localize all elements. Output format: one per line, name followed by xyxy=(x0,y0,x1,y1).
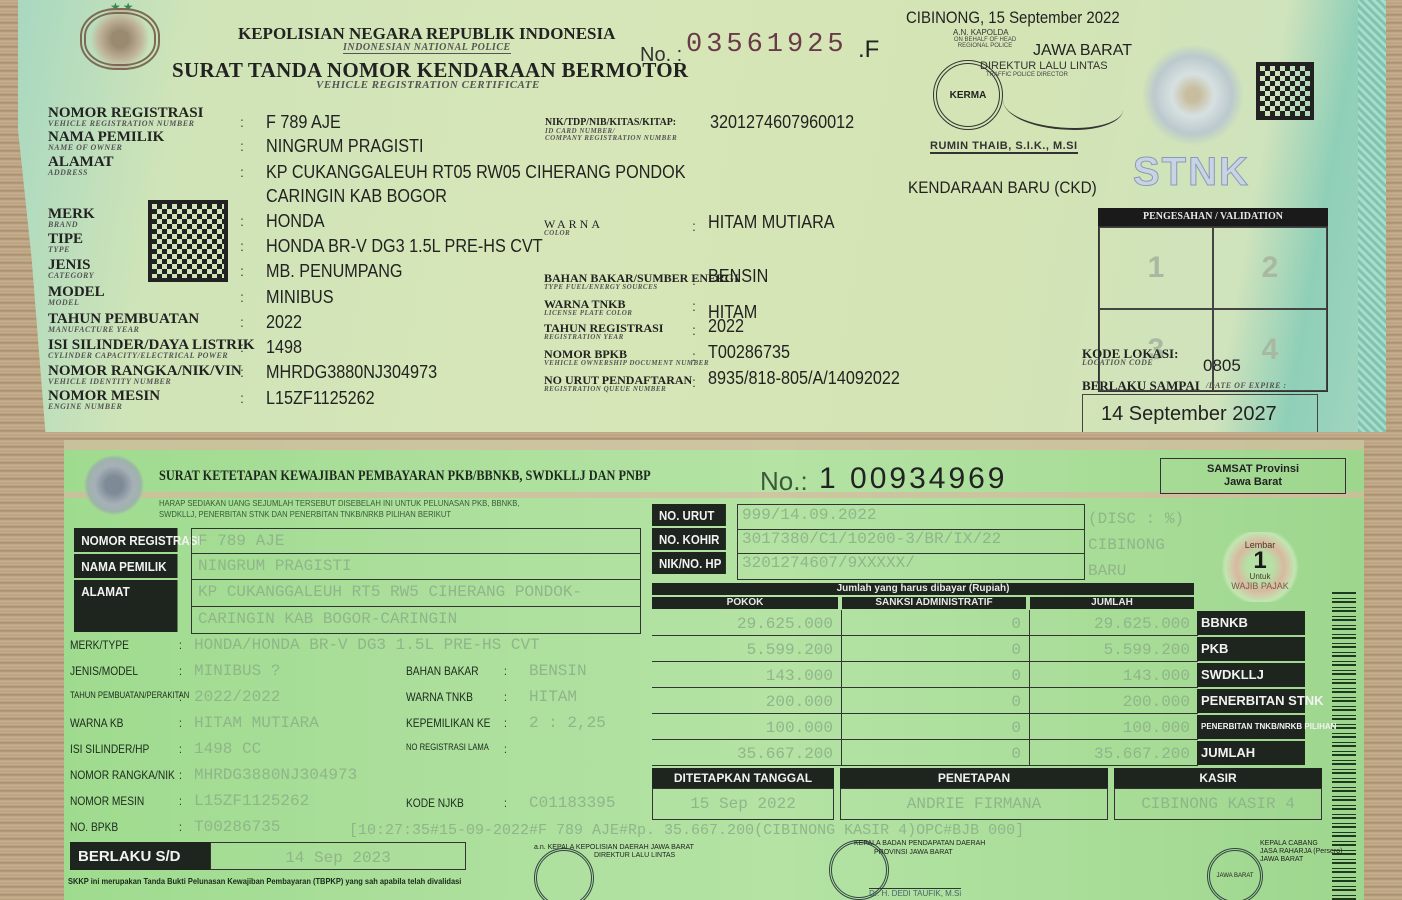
police-stamp-icon xyxy=(534,848,594,900)
colon: : xyxy=(692,218,696,234)
field-label: WARNA COLOR xyxy=(544,218,603,237)
admin-label: NIK/NO. HP xyxy=(652,552,726,574)
payment-row: 35.667.200 0 35.667.200 xyxy=(652,740,1198,766)
field-label-text: ALAMAT xyxy=(48,155,114,169)
police-emblem-icon xyxy=(80,8,160,70)
vehicle-label: KEPEMILIKAN KE xyxy=(406,716,490,730)
vehicle-label: NOMOR RANGKA/NIK xyxy=(70,768,175,782)
admin-label: NO. URUT xyxy=(652,504,726,526)
colon: : xyxy=(504,742,507,756)
sign1-title: a.n. KEPALA KEPOLISIAN DAERAH JAWA BARAT xyxy=(534,844,694,851)
field-label-en: TYPE xyxy=(48,246,83,254)
field-value: KP CUKANGGALEUH RT05 RW05 CIHERANG PONDO… xyxy=(266,162,686,183)
payment-item-label: PENERBITAN STNK xyxy=(1197,689,1305,713)
colon: : xyxy=(179,820,182,834)
vehicle-value: T00286735 xyxy=(194,818,280,836)
colon: : xyxy=(692,348,696,364)
jumlah-value: 100.000 xyxy=(1030,714,1198,740)
jumlah-value: 29.625.000 xyxy=(1030,610,1198,636)
field-value: F 789 AJE xyxy=(266,112,341,133)
payment-header: Jumlah yang harus dibayar (Rupiah) xyxy=(652,583,1194,595)
field-label: JENIS CATEGORY xyxy=(48,258,94,280)
vehicle-value: HITAM xyxy=(529,688,577,706)
owner-reg-label: NOMOR REGISTRASI xyxy=(74,528,178,552)
signature-icon xyxy=(1003,80,1123,130)
payment-row: 143.000 0 143.000 xyxy=(652,662,1198,688)
field-value: MHRDG3880NJ304973 xyxy=(266,362,437,383)
berlaku-value: 14 Sep 2023 xyxy=(211,849,465,867)
vehicle-value: BENSIN xyxy=(529,662,587,680)
nik-label-en2: COMPANY REGISTRATION NUMBER xyxy=(545,135,691,142)
expiry-label-en: /DATE OF EXPIRE : xyxy=(1206,382,1287,390)
vehicle-label: NO. BPKB xyxy=(70,820,118,834)
location-code-label-en: LOCATION CODE xyxy=(1082,359,1153,367)
field-label: NOMOR REGISTRASI VEHICLE REGISTRATION NU… xyxy=(48,106,203,128)
hologram-icon xyxy=(1143,45,1243,145)
place-date: CIBINONG, 15 September 2022 xyxy=(906,8,1120,28)
col-pokok: POKOK xyxy=(652,597,838,609)
doc-number: 03561925 xyxy=(686,30,848,60)
owner-name-value: NINGRUM PRAGISTI xyxy=(198,557,352,575)
qr-code-icon xyxy=(1256,62,1314,120)
owner-fields-box: F 789 AJE NINGRUM PRAGISTI KP CUKANGGALE… xyxy=(191,528,641,634)
vehicle-label: JENIS/MODEL xyxy=(70,664,138,678)
field-label: TIPE TYPE xyxy=(48,232,83,254)
payment-item-label: JUMLAH xyxy=(1197,741,1305,765)
ditetapkan-value: 15 Sep 2022 xyxy=(653,795,833,813)
doc-number-label: No. : xyxy=(640,44,682,67)
colon: : xyxy=(179,638,182,652)
field-value: HONDA xyxy=(266,211,325,232)
vehicle-value: 2022/2022 xyxy=(194,688,280,706)
jumlah-value: 143.000 xyxy=(1030,662,1198,688)
kapolda-label: A.N. KAPOLDA xyxy=(953,28,1009,37)
colon: : xyxy=(240,263,244,279)
pokok-value: 143.000 xyxy=(652,662,842,688)
field-label-en: NAME OF OWNER xyxy=(48,144,164,152)
vehicle-value: HONDA/HONDA BR-V DG3 1.5L PRE-HS CVT xyxy=(194,636,540,654)
vehicle-label: NO REGISTRASI LAMA xyxy=(406,742,489,752)
owner-address-label: ALAMAT xyxy=(74,580,178,632)
colon: : xyxy=(692,272,696,288)
field-value: MB. PENUMPANG xyxy=(266,261,403,282)
security-stripe xyxy=(1358,0,1402,432)
colon: : xyxy=(179,664,182,678)
field-value: HONDA BR-V DG3 1.5L PRE-HS CVT xyxy=(266,236,543,257)
colon: : xyxy=(504,690,507,704)
expiry-date: 14 September 2027 xyxy=(1082,394,1318,434)
colon: : xyxy=(240,390,244,406)
field-label-en: COLOR xyxy=(544,230,603,237)
owner-reg-value: F 789 AJE xyxy=(198,532,284,550)
field-label: ISI SILINDER/DAYA LISTRIK CYLINDER CAPAC… xyxy=(48,338,254,360)
col-sanksi: SANKSI ADMINISTRATIF xyxy=(842,597,1026,609)
payment-item-label: BBNKB xyxy=(1197,611,1305,635)
field-label: WARNA TNKB LICENSE PLATE COLOR xyxy=(544,298,632,317)
pokok-value: 29.625.000 xyxy=(652,610,842,636)
field-label-text: JENIS xyxy=(48,258,94,272)
field-value: 2022 xyxy=(708,316,744,337)
col-jumlah: JUMLAH xyxy=(1030,597,1194,609)
sanksi-value: 0 xyxy=(842,714,1030,740)
field-label-en: VEHICLE OWNERSHIP DOCUMENT NUMBER xyxy=(544,360,709,367)
payment-item-label: SWDKLLJ xyxy=(1197,663,1305,687)
skkp-form: SURAT KETETAPAN KEWAJIBAN PEMBAYARAN PKB… xyxy=(64,440,1364,900)
vehicle-value: 1498 CC xyxy=(194,740,261,758)
kasir-label: KASIR xyxy=(1114,768,1322,788)
validation-cell-1: 1 xyxy=(1099,227,1213,309)
signatory-name: RUMIN THAIB, S.I.K., M.SI xyxy=(930,140,1078,154)
nik-label: NIK/TDP/NIB/KITAS/KITAP: xyxy=(545,116,676,128)
field-label-en: REGISTRATION QUEUE NUMBER xyxy=(544,386,692,393)
vehicle-label: WARNA TNKB xyxy=(406,690,473,704)
vehicle-label: WARNA KB xyxy=(70,716,123,730)
field-label-en: LICENSE PLATE COLOR xyxy=(544,310,632,317)
skkp-subtitle-1: HARAP SEDIAKAN UANG SEJUMLAH TERSEBUT DI… xyxy=(159,498,520,508)
owner-address-value: KP CUKANGGALEUH RT5 RW5 CIHERANG PONDOK- xyxy=(198,583,582,601)
sanksi-value: 0 xyxy=(842,662,1030,688)
field-value-2: CARINGIN KAB BOGOR xyxy=(266,186,447,207)
pokok-value: 5.599.200 xyxy=(652,636,842,662)
payment-item-label: PKB xyxy=(1197,637,1305,661)
qr-code-icon xyxy=(148,200,228,282)
colon: : xyxy=(179,716,182,730)
colon: : xyxy=(504,716,507,730)
field-value: 1498 xyxy=(266,337,302,358)
sanksi-value: 0 xyxy=(842,740,1030,766)
berlaku-label: BERLAKU S/D xyxy=(70,842,210,870)
colon: : xyxy=(240,114,244,130)
colon: : xyxy=(179,768,182,782)
payment-row: 100.000 0 100.000 xyxy=(652,714,1198,740)
samsat-box: SAMSAT Provinsi Jawa Barat xyxy=(1160,458,1346,494)
field-label-en: CATEGORY xyxy=(48,272,94,280)
sanksi-value: 0 xyxy=(842,610,1030,636)
vehicle-label: BAHAN BAKAR xyxy=(406,664,479,678)
owner-address-value-2: CARINGIN KAB BOGOR-CARINGIN xyxy=(198,610,457,628)
field-label-en: VEHICLE IDENTITY NUMBER xyxy=(48,378,242,386)
field-label-en: ADDRESS xyxy=(48,169,114,177)
ditetapkan-box: 15 Sep 2022 xyxy=(652,788,834,820)
hologram-seal-icon xyxy=(84,454,144,516)
sign3-subtitle: JASA RAHARJA (Persero) xyxy=(1260,848,1342,856)
payment-row: 200.000 0 200.000 xyxy=(652,688,1198,714)
vehicle-value: L15ZF1125262 xyxy=(194,792,309,810)
payment-row: 5.599.200 0 5.599.200 xyxy=(652,636,1198,662)
vehicle-value: 2 : 2,25 xyxy=(529,714,606,732)
lembar-badge: Lembar 1 Untuk WAJIB PAJAK xyxy=(1219,532,1301,602)
field-label-text: MERK xyxy=(48,207,95,221)
field-label: NAMA PEMILIK NAME OF OWNER xyxy=(48,130,164,152)
penetapan-label: PENETAPAN xyxy=(840,768,1108,788)
skkp-title: SURAT KETETAPAN KEWAJIBAN PEMBAYARAN PKB… xyxy=(159,468,651,485)
sign3-title: KEPALA CABANG xyxy=(1260,840,1342,848)
admin-fields-box xyxy=(737,504,1085,580)
colon: : xyxy=(692,298,696,314)
field-label-text: NAMA PEMILIK xyxy=(48,130,164,144)
lembar-for: Untuk xyxy=(1219,572,1301,581)
ditetapkan-label: DITETAPKAN TANGGAL xyxy=(652,768,834,788)
discount: (DISC : %) xyxy=(1088,510,1184,528)
expiry-label: BERLAKU SAMPAI xyxy=(1082,378,1200,394)
office-name: CIBINONG xyxy=(1088,536,1165,554)
field-label-text: TIPE xyxy=(48,232,83,246)
print-line: [10:27:35#15-09-2022#F 789 AJE#Rp. 35.66… xyxy=(349,822,1024,839)
field-value: 2022 xyxy=(266,312,302,333)
payment-row: 29.625.000 0 29.625.000 xyxy=(652,610,1198,636)
field-value: 8935/818-805/A/14092022 xyxy=(708,368,900,389)
field-value: NINGRUM PRAGISTI xyxy=(266,136,424,157)
validation-cell-2: 2 xyxy=(1213,227,1327,309)
colon: : xyxy=(240,138,244,154)
colon: : xyxy=(240,238,244,254)
payment-item-label: PENERBITAN TNKB/NRKB PILIHAN xyxy=(1197,715,1305,739)
colon: : xyxy=(179,690,182,704)
nik-field: NIK/TDP/NIB/KITAS/KITAP: ID CARD NUMBER/… xyxy=(545,116,691,142)
field-label-text: NOMOR MESIN xyxy=(48,389,160,403)
kasir-box: CIBINONG KASIR 4 xyxy=(1114,788,1322,820)
field-label: NOMOR BPKB VEHICLE OWNERSHIP DOCUMENT NU… xyxy=(544,348,709,367)
kerma-stamp-icon: KERMA xyxy=(933,60,1003,130)
colon: : xyxy=(504,664,507,678)
berlaku-box: 14 Sep 2023 xyxy=(210,842,466,870)
samsat-region: Jawa Barat xyxy=(1161,476,1345,489)
lembar-recipient: WAJIB PAJAK xyxy=(1219,581,1301,591)
vehicle-value: MINIBUS ? xyxy=(194,662,280,680)
field-label-en: CYLINDER CAPACITY/ELECTRICAL POWER xyxy=(48,352,254,360)
vehicle-label: NOMOR MESIN xyxy=(70,794,144,808)
field-value: HITAM MUTIARA xyxy=(708,212,835,233)
penetapan-value: ANDRIE FIRMANA xyxy=(841,795,1107,813)
field-label: TAHUN PEMBUATAN MANUFACTURE YEAR xyxy=(48,312,199,334)
document-title-en: VEHICLE REGISTRATION CERTIFICATE xyxy=(316,80,540,91)
field-label-text: NOMOR RANGKA/NIK/VIN xyxy=(48,364,242,378)
colon: : xyxy=(179,794,182,808)
skkp-number-label: No.: xyxy=(760,466,808,497)
sign2-subtitle: PROVINSI JAWA BARAT xyxy=(874,849,953,856)
jumlah-value: 35.667.200 xyxy=(1030,740,1198,766)
field-value: T00286735 xyxy=(708,342,790,363)
sanksi-value: 0 xyxy=(842,688,1030,714)
field-value: L15ZF1125262 xyxy=(266,388,375,409)
colon: : xyxy=(692,322,696,338)
field-label-en: MODEL xyxy=(48,299,105,307)
colon: : xyxy=(240,314,244,330)
sign3-block: KEPALA CABANG JASA RAHARJA (Persero) JAW… xyxy=(1260,840,1342,864)
agency-name: KEPOLISIAN NEGARA REPUBLIK INDONESIA xyxy=(238,24,615,44)
colon: : xyxy=(240,164,244,180)
field-label: MERK BRAND xyxy=(48,207,95,229)
field-label-text: NOMOR REGISTRASI xyxy=(48,106,203,120)
field-label-en: REGISTRATION YEAR xyxy=(544,334,663,341)
vehicle-value: HITAM MUTIARA xyxy=(194,714,319,732)
pokok-value: 200.000 xyxy=(652,688,842,714)
colon: : xyxy=(179,742,182,756)
nik-value: 3201274607960012 xyxy=(710,112,854,133)
kapolda-label-en: ON BEHALF OF HEAD REGIONAL POLICE xyxy=(940,37,1030,49)
njkb-colon: : xyxy=(504,796,507,810)
vehicle-label: TAHUN PEMBUATAN/PERAKITAN xyxy=(70,690,189,700)
jasa-raharja-stamp-icon: JAWA BARAT xyxy=(1207,848,1263,900)
stnk-card: ★★ KEPOLISIAN NEGARA REPUBLIK INDONESIA … xyxy=(18,0,1386,432)
field-label-en: ENGINE NUMBER xyxy=(48,403,160,411)
stnk-stamp: STNK xyxy=(1133,150,1250,195)
field-label: NO URUT PENDAFTARAN REGISTRATION QUEUE N… xyxy=(544,374,692,393)
sign2-title: KEPALA BADAN PENDAPATAN DAERAH xyxy=(854,840,985,847)
colon: : xyxy=(240,289,244,305)
owner-name-label: NAMA PEMILIK xyxy=(74,554,178,578)
field-label: NOMOR RANGKA/NIK/VIN VEHICLE IDENTITY NU… xyxy=(48,364,242,386)
field-label-text: TAHUN PEMBUATAN xyxy=(48,312,199,326)
colon: : xyxy=(692,374,696,390)
director-label: DIREKTUR LALU LINTAS xyxy=(980,60,1108,72)
location-code-value: 0805 xyxy=(1203,356,1241,376)
field-label: TAHUN REGISTRASI REGISTRATION YEAR xyxy=(544,322,663,341)
field-label: NOMOR MESIN ENGINE NUMBER xyxy=(48,389,160,411)
field-label-text: MODEL xyxy=(48,285,105,299)
penetapan-box: ANDRIE FIRMANA xyxy=(840,788,1108,820)
sanksi-value: 0 xyxy=(842,636,1030,662)
field-label-en: MANUFACTURE YEAR xyxy=(48,326,199,334)
field-label: ALAMAT ADDRESS xyxy=(48,155,114,177)
njkb-value: C01183395 xyxy=(529,794,615,812)
validation-cell-4: 4 xyxy=(1213,309,1327,391)
skkp-number: 1 00934969 xyxy=(819,462,1008,496)
vehicle-value: MHRDG3880NJ304973 xyxy=(194,766,357,784)
kerma-text: KERMA xyxy=(950,90,987,101)
stamp3-text: JAWA BARAT xyxy=(1216,873,1253,879)
jumlah-value: 5.599.200 xyxy=(1030,636,1198,662)
footer-note: SKKP ini merupakan Tanda Bukti Pelunasan… xyxy=(68,876,461,886)
validation-header: PENGESAHAN / VALIDATION xyxy=(1098,208,1328,226)
top-border xyxy=(64,440,1364,450)
jumlah-value: 200.000 xyxy=(1030,688,1198,714)
colon: : xyxy=(240,213,244,229)
admin-label: NO. KOHIR xyxy=(652,528,726,550)
field-label-en: BRAND xyxy=(48,221,95,229)
pokok-value: 35.667.200 xyxy=(652,740,842,766)
field-label: MODEL MODEL xyxy=(48,285,105,307)
skkp-subtitle-2: SWDKLLJ, PENERBITAN STNK DAN PENERBITAN … xyxy=(159,509,451,519)
vehicle-label: MERK/TYPE xyxy=(70,638,129,652)
field-value: BENSIN xyxy=(708,266,768,287)
sign2-name: Dr. H. DEDI TAUFIK, M.Si xyxy=(869,888,961,898)
field-label-en: VEHICLE REGISTRATION NUMBER xyxy=(48,120,203,128)
field-value: MINIBUS xyxy=(266,287,334,308)
vehicle-status: KENDARAAN BARU (CKD) xyxy=(908,178,1097,198)
registration-status: BARU xyxy=(1088,562,1126,580)
colon: : xyxy=(240,339,244,355)
doc-suffix: .F xyxy=(858,36,879,64)
region-name: JAWA BARAT xyxy=(1033,42,1132,60)
kasir-value: CIBINONG KASIR 4 xyxy=(1115,795,1321,813)
lembar-number: 1 xyxy=(1219,550,1301,572)
colon: : xyxy=(240,364,244,380)
njkb-label: KODE NJKB xyxy=(406,796,464,810)
agency-name-en: INDONESIAN NATIONAL POLICE xyxy=(343,44,511,54)
sign1-subtitle: DIREKTUR LALU LINTAS xyxy=(594,852,675,859)
pokok-value: 100.000 xyxy=(652,714,842,740)
sign3-region: JAWA BARAT xyxy=(1260,856,1342,864)
vehicle-label: ISI SILINDER/HP xyxy=(70,742,149,756)
samsat-label: SAMSAT Provinsi xyxy=(1161,463,1345,476)
field-label-text: ISI SILINDER/DAYA LISTRIK xyxy=(48,338,254,352)
